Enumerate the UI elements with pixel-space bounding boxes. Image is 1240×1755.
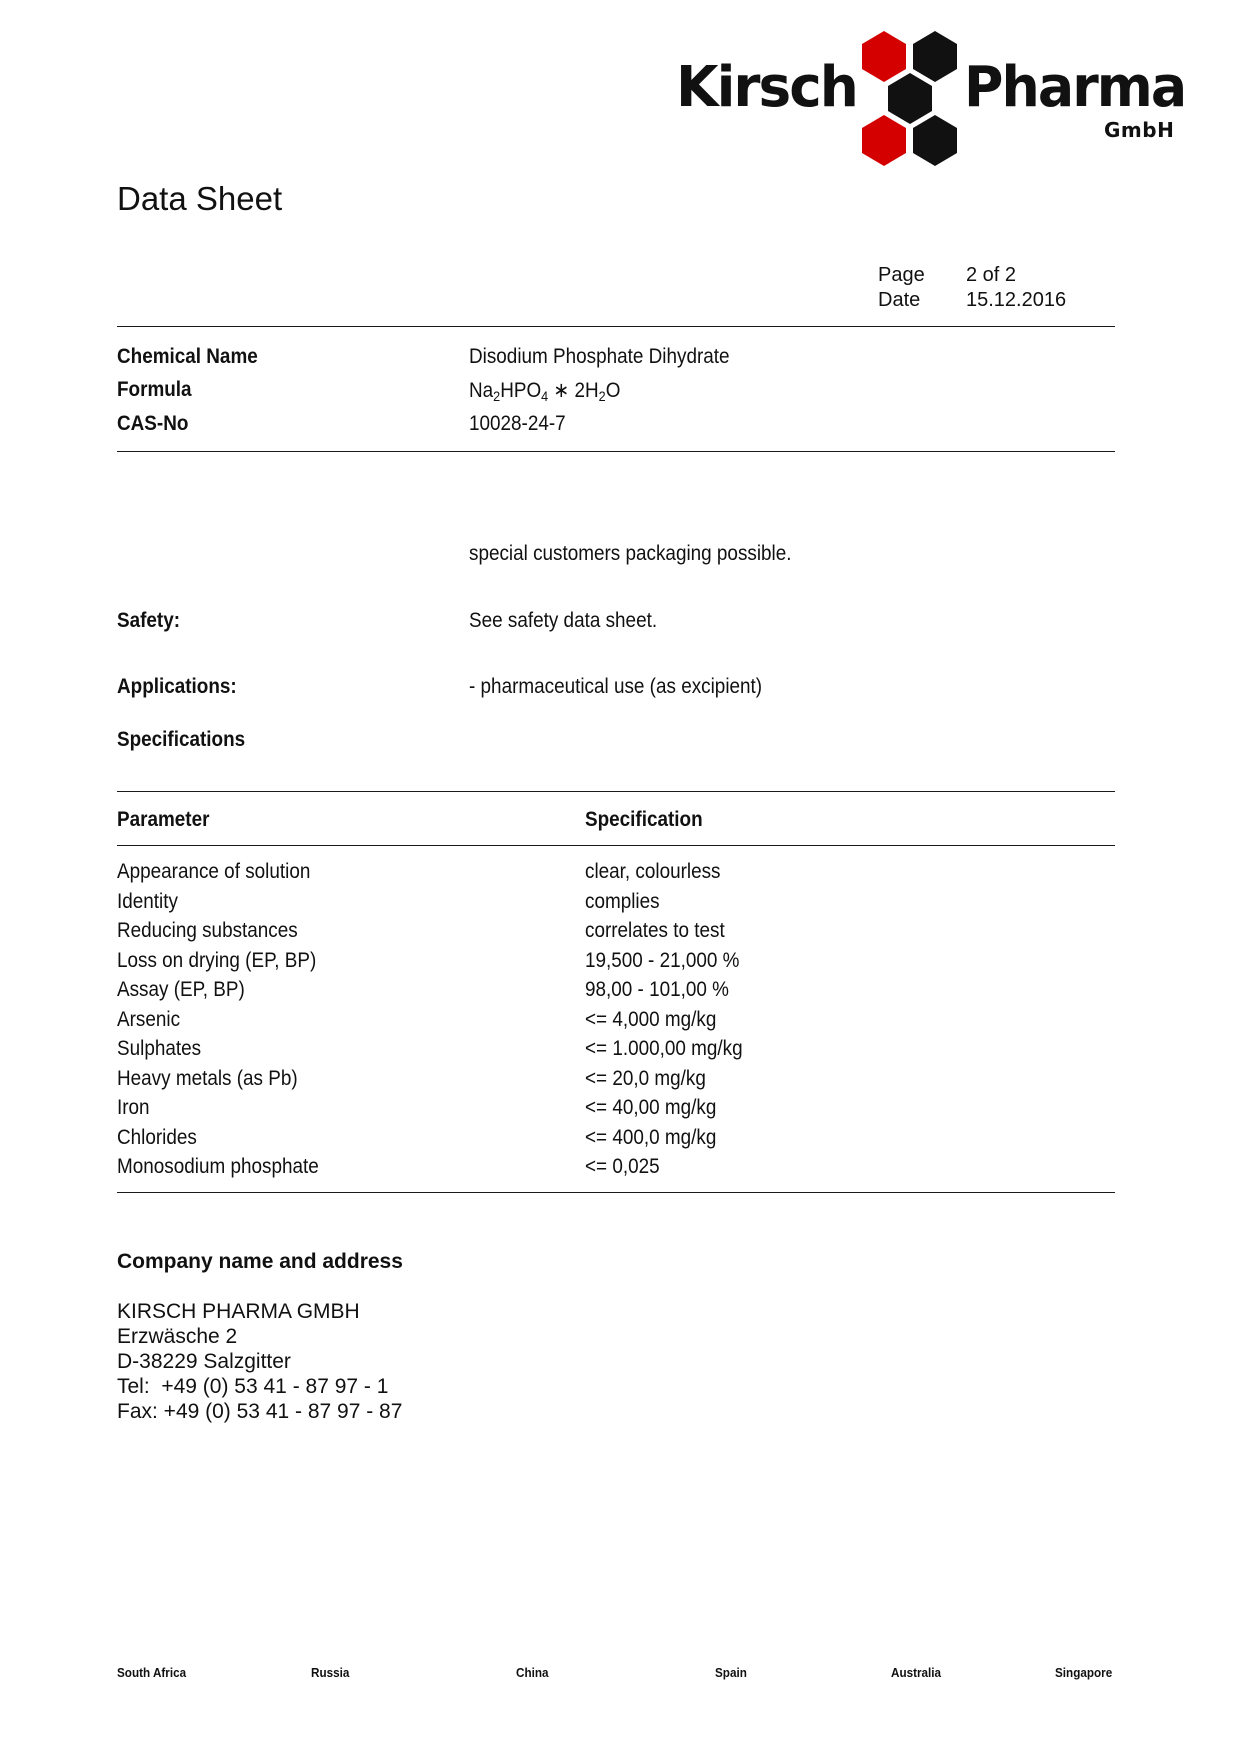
logo-word-pharma: Pharma xyxy=(964,60,1185,116)
specifications-heading: Specifications xyxy=(117,728,259,752)
table-cell-specification: <= 0,025 xyxy=(585,1155,668,1179)
safety-label: Safety: xyxy=(117,609,187,633)
table-cell-parameter: Sulphates xyxy=(117,1037,210,1061)
table-cell-specification: correlates to test xyxy=(585,919,740,943)
logo-word-gmbh: GmbH xyxy=(1104,120,1174,140)
table-cell-parameter: Iron xyxy=(117,1096,153,1120)
date-label: Date xyxy=(878,289,920,312)
table-cell-parameter: Heavy metals (as Pb) xyxy=(117,1067,318,1091)
table-header-specification: Specification xyxy=(585,808,716,832)
logo-word-kirsch: Kirsch xyxy=(676,60,857,116)
table-cell-parameter: Assay (EP, BP) xyxy=(117,978,259,1002)
table-cell-parameter: Loss on drying (EP, BP) xyxy=(117,949,338,973)
table-cell-parameter: Appearance of solution xyxy=(117,860,332,884)
table-top-rule xyxy=(117,791,1115,792)
table-cell-specification: complies xyxy=(585,890,668,914)
address-line-company: KIRSCH PHARMA GMBH xyxy=(117,1300,360,1324)
table-cell-specification: <= 40,00 mg/kg xyxy=(585,1096,731,1120)
table-cell-parameter: Reducing substances xyxy=(117,919,318,943)
company-heading: Company name and address xyxy=(117,1250,403,1274)
cas-label: CAS-No xyxy=(117,412,196,436)
table-cell-specification: <= 400,0 mg/kg xyxy=(585,1126,731,1150)
footer-country-singapore: Singapore xyxy=(1055,1665,1119,1680)
footer-country-australia: Australia xyxy=(891,1665,947,1680)
table-cell-parameter: Monosodium phosphate xyxy=(117,1155,341,1179)
applications-value: - pharmaceutical use (as excipient) xyxy=(469,675,795,699)
table-cell-specification: 98,00 - 101,00 % xyxy=(585,978,745,1002)
table-bottom-rule xyxy=(117,1192,1115,1193)
address-line-city: D-38229 Salzgitter xyxy=(117,1350,291,1374)
divider xyxy=(117,326,1115,327)
table-cell-parameter: Identity xyxy=(117,890,185,914)
page-value: 2 of 2 xyxy=(966,264,1016,287)
address-line-tel: Tel: +49 (0) 53 41 - 87 97 - 1 xyxy=(117,1375,388,1399)
packaging-note: special customers packaging possible. xyxy=(469,542,827,566)
address-line-fax: Fax: +49 (0) 53 41 - 87 97 - 87 xyxy=(117,1400,402,1424)
chemical-name-label: Chemical Name xyxy=(117,345,273,369)
hexagon-logo-icon xyxy=(850,25,970,170)
table-header-rule xyxy=(117,845,1115,846)
table-header-parameter: Parameter xyxy=(117,808,220,832)
footer-country-spain: Spain xyxy=(715,1665,750,1680)
footer-country-south-africa: South Africa xyxy=(117,1665,194,1680)
address-line-street: Erzwäsche 2 xyxy=(117,1325,237,1349)
footer-country-russia: Russia xyxy=(311,1665,354,1680)
table-cell-specification: <= 1.000,00 mg/kg xyxy=(585,1037,760,1061)
table-cell-specification: clear, colourless xyxy=(585,860,736,884)
date-value: 15.12.2016 xyxy=(966,289,1066,312)
page-label: Page xyxy=(878,264,925,287)
footer-country-china: China xyxy=(516,1665,552,1680)
cas-value: 10028-24-7 xyxy=(469,412,576,436)
table-cell-specification: 19,500 - 21,000 % xyxy=(585,949,757,973)
table-cell-parameter: Chlorides xyxy=(117,1126,206,1150)
applications-label: Applications: xyxy=(117,675,250,699)
formula-value: Na2HPO4 ∗ 2H2O xyxy=(469,378,637,404)
safety-value: See safety data sheet. xyxy=(469,609,678,633)
chemical-name-value: Disodium Phosphate Dihydrate xyxy=(469,345,759,369)
table-cell-parameter: Arsenic xyxy=(117,1008,187,1032)
divider xyxy=(117,451,1115,452)
page-title: Data Sheet xyxy=(117,180,282,218)
table-cell-specification: <= 4,000 mg/kg xyxy=(585,1008,731,1032)
table-cell-specification: <= 20,0 mg/kg xyxy=(585,1067,719,1091)
formula-label: Formula xyxy=(117,378,200,402)
